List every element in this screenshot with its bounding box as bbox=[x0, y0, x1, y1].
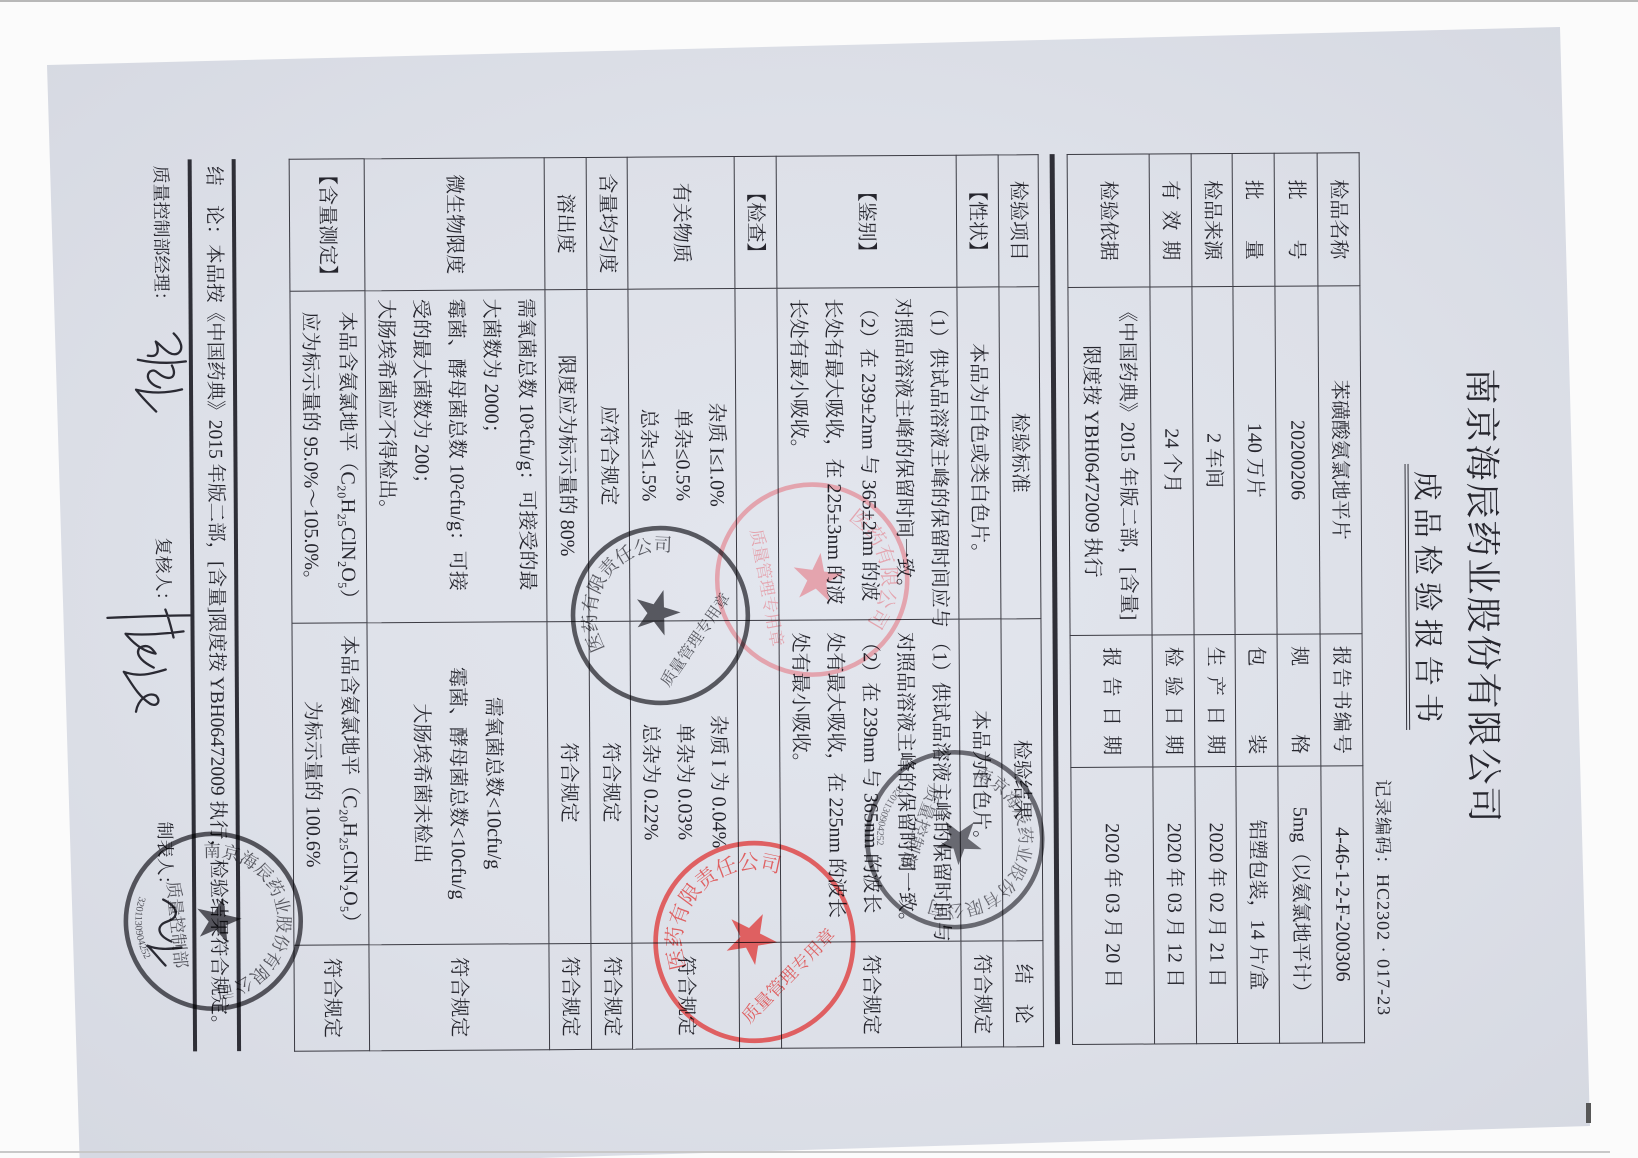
info-label-cell: 检品名称 bbox=[1317, 153, 1360, 286]
value-packaging: 铝塑包装，14 片/盒 bbox=[1236, 766, 1280, 1043]
star-icon bbox=[713, 901, 784, 972]
reviewer-label: 复核人： bbox=[152, 537, 174, 609]
info-label-cell: 有效期 bbox=[1149, 154, 1192, 287]
result-line: 霉菌、酵母菌总数<10cfu/g bbox=[439, 623, 477, 944]
label-batch-number: 批号 bbox=[1284, 180, 1308, 260]
info-label-cell: 批量 bbox=[1232, 153, 1275, 286]
label-test-date: 检验日期 bbox=[1161, 647, 1186, 755]
header-standard: 检验标准 bbox=[999, 287, 1041, 619]
standard-line: （1）供试品溶液主峰的保留时间应与 bbox=[919, 298, 956, 619]
result-cell: 本品含氨氯地平（C₂₀H₂₅ClN₂O₅） 为标示量的 100.6% bbox=[292, 623, 369, 945]
info-label-cell: 规格 bbox=[1277, 634, 1321, 766]
header-item: 检验项目 bbox=[998, 155, 1039, 287]
reviewer-signature bbox=[103, 607, 196, 718]
result-line: 需氧菌总数<10cfu/g bbox=[475, 622, 513, 943]
stamp-inner-text: 质量控制部 bbox=[163, 880, 191, 969]
test-basis-line: 限度按 YBH06472009 执行 bbox=[1073, 288, 1111, 635]
star-icon bbox=[792, 550, 847, 607]
stamp-inner-text: 质量控制部 bbox=[896, 783, 944, 872]
info-row: 批号 20200206 规格 5mg（以氨氯地平计） bbox=[1274, 153, 1322, 1043]
standard-line: 需氧菌总数 10³cfu/g：可接受的最 bbox=[507, 298, 544, 621]
value-test-date: 2020 年 03 月 12 日 bbox=[1153, 767, 1197, 1044]
conclusion-cell: 符合规定 bbox=[961, 941, 1004, 1047]
value-report-number: 4-46-1-2-F-200306 bbox=[1321, 766, 1365, 1043]
qc-manager-label: 质量控制部经理： bbox=[150, 165, 173, 309]
product-info-table: 检品名称 苯磺酸氨氯地平片 报告书编号 4-46-1-2-F-200306 批号… bbox=[1067, 152, 1365, 1045]
item-cell: 含量均匀度 bbox=[586, 157, 628, 289]
info-row: 批量 140 万片 包装 铝塑包装，14 片/盒 bbox=[1232, 153, 1279, 1043]
value-batch-size: 140 万片 bbox=[1233, 286, 1277, 634]
label-specification: 规格 bbox=[1287, 646, 1312, 754]
star-icon bbox=[933, 813, 989, 870]
info-row: 检品名称 苯磺酸氨氯地平片 报告书编号 4-46-1-2-F-200306 bbox=[1317, 153, 1364, 1043]
standard-cell: 本品为白色或类白色片。 bbox=[957, 287, 1001, 619]
scan-mark bbox=[1586, 1103, 1591, 1123]
value-shelf-life: 24 个月 bbox=[1150, 287, 1194, 635]
item-cell: 微生物限度 bbox=[364, 158, 545, 291]
inspection-report-document: 南京海辰药业股份有限公司 成品检验报告书 记录编码：HC2302 · 017-2… bbox=[80, 51, 1567, 1158]
item-cell: 【性状】 bbox=[956, 155, 999, 287]
standard-line: 应为标示量的 95.0%～105.0%。 bbox=[291, 312, 330, 623]
item-cell: 【含量测定】 bbox=[289, 159, 365, 291]
company-name: 南京海辰药业股份有限公司 bbox=[1459, 51, 1506, 1141]
report-title: 成品检验报告书 bbox=[1405, 464, 1445, 730]
value-specification: 5mg（以氨氯地平计） bbox=[1278, 766, 1323, 1043]
result-line: 本品含氨氯地平（C₂₀H₂₅ClN₂O₅） bbox=[329, 623, 368, 944]
info-label-cell: 生产日期 bbox=[1194, 634, 1236, 766]
value-production-date: 2020 年 02 月 21 日 bbox=[1195, 766, 1238, 1043]
value-batch-number: 20200206 bbox=[1275, 286, 1320, 634]
star-icon bbox=[196, 896, 243, 945]
info-row: 检品来源 2 车间 生产日期 2020 年 02 月 21 日 bbox=[1191, 154, 1237, 1044]
info-row: 有效期 24 个月 检验日期 2020 年 03 月 12 日 bbox=[1149, 154, 1196, 1044]
item-cell: 溶出度 bbox=[544, 157, 587, 289]
standard-line: 受的最大菌数为 200； bbox=[402, 299, 439, 622]
qc-department-stamp-2: 南京海辰药业股份有限公司 质量控制部 3201130904252 bbox=[113, 821, 313, 1021]
result-cell: 需氧菌总数<10cfu/g 霉菌、酵母菌总数<10cfu/g 大肠埃希菌未检出 bbox=[367, 622, 549, 945]
star-icon bbox=[624, 581, 685, 643]
label-product-name: 检品名称 bbox=[1326, 179, 1350, 259]
conclusion-cell: 符合规定 bbox=[549, 943, 592, 1049]
standard-line: 大肠埃希菌应不得检出。 bbox=[367, 299, 404, 622]
section-divider bbox=[1050, 154, 1060, 1044]
label-sample-source: 检品来源 bbox=[1200, 180, 1224, 260]
label-report-number: 报告书编号 bbox=[1329, 646, 1354, 754]
test-basis-line: 《中国药典》2015 年版二部，[含量] bbox=[1109, 288, 1147, 635]
info-label-cell: 检品来源 bbox=[1191, 154, 1233, 287]
item-cell: 【检查】 bbox=[734, 156, 777, 288]
value-report-date: 2020 年 03 月 20 日 bbox=[1071, 767, 1155, 1044]
stamp-ink: 南京海辰药业股份有限公司 质量控制部 3201130904252 bbox=[118, 826, 308, 1016]
value-product-name: 苯磺酸氨氯地平片 bbox=[1318, 286, 1362, 634]
value-test-basis: 《中国药典》2015 年版二部，[含量] 限度按 YBH06472009 执行 bbox=[1068, 287, 1152, 635]
standard-cell: 本品含氨氯地平（C₂₀H₂₅ClN₂O₅） 应为标示量的 95.0%～105.0… bbox=[290, 291, 367, 623]
info-row: 检验依据 《中国药典》2015 年版二部，[含量] 限度按 YBH0647200… bbox=[1067, 154, 1154, 1044]
label-report-date: 报告日期 bbox=[1099, 647, 1124, 755]
standard-line: 本品含氨氯地平（C₂₀H₂₅ClN₂O₅） bbox=[328, 311, 367, 622]
result-line: 大肠埃希菌未检出 bbox=[403, 623, 441, 944]
standard-line: 霉菌、酵母菌总数 10²cfu/g：可接 bbox=[437, 299, 474, 622]
label-test-basis: 检验依据 bbox=[1096, 181, 1120, 261]
label-production-date: 生产日期 bbox=[1203, 647, 1228, 755]
conclusion-cell: 符合规定 bbox=[369, 944, 550, 1051]
item-cell: 【鉴别】 bbox=[776, 155, 957, 288]
label-batch-size: 批量 bbox=[1241, 180, 1265, 260]
standard-cell: 需氧菌总数 10³cfu/g：可接受的最 大菌数为 2000； 霉菌、酵母菌总数… bbox=[365, 290, 547, 623]
info-label-cell: 报告日期 bbox=[1070, 635, 1153, 767]
info-label-cell: 检验日期 bbox=[1152, 635, 1195, 767]
standard-line: 大菌数为 2000； bbox=[472, 298, 509, 621]
label-packaging: 包装 bbox=[1244, 646, 1269, 754]
scan-top-edge bbox=[0, 0, 1638, 2]
value-sample-source: 2 车间 bbox=[1192, 287, 1235, 635]
qc-manager-signature bbox=[126, 327, 197, 417]
info-label-cell: 批号 bbox=[1274, 153, 1318, 286]
header-conclusion: 结论 bbox=[1011, 964, 1035, 1024]
conclusion-label: 结 论： bbox=[203, 166, 224, 244]
info-label-cell: 检验依据 bbox=[1067, 154, 1150, 287]
result-row-microbial-limit: 微生物限度 需氧菌总数 10³cfu/g：可接受的最 大菌数为 2000； 霉菌… bbox=[364, 158, 549, 1051]
info-label-cell: 包装 bbox=[1235, 634, 1278, 766]
item-cell: 有关物质 bbox=[627, 157, 735, 290]
info-label-cell: 报告书编号 bbox=[1320, 634, 1363, 766]
label-shelf-life: 有效期 bbox=[1158, 180, 1182, 260]
report-title-wrap: 成品检验报告书 bbox=[1402, 52, 1447, 1142]
record-code: 记录编码：HC2302 · 017-23 bbox=[1371, 779, 1393, 1016]
